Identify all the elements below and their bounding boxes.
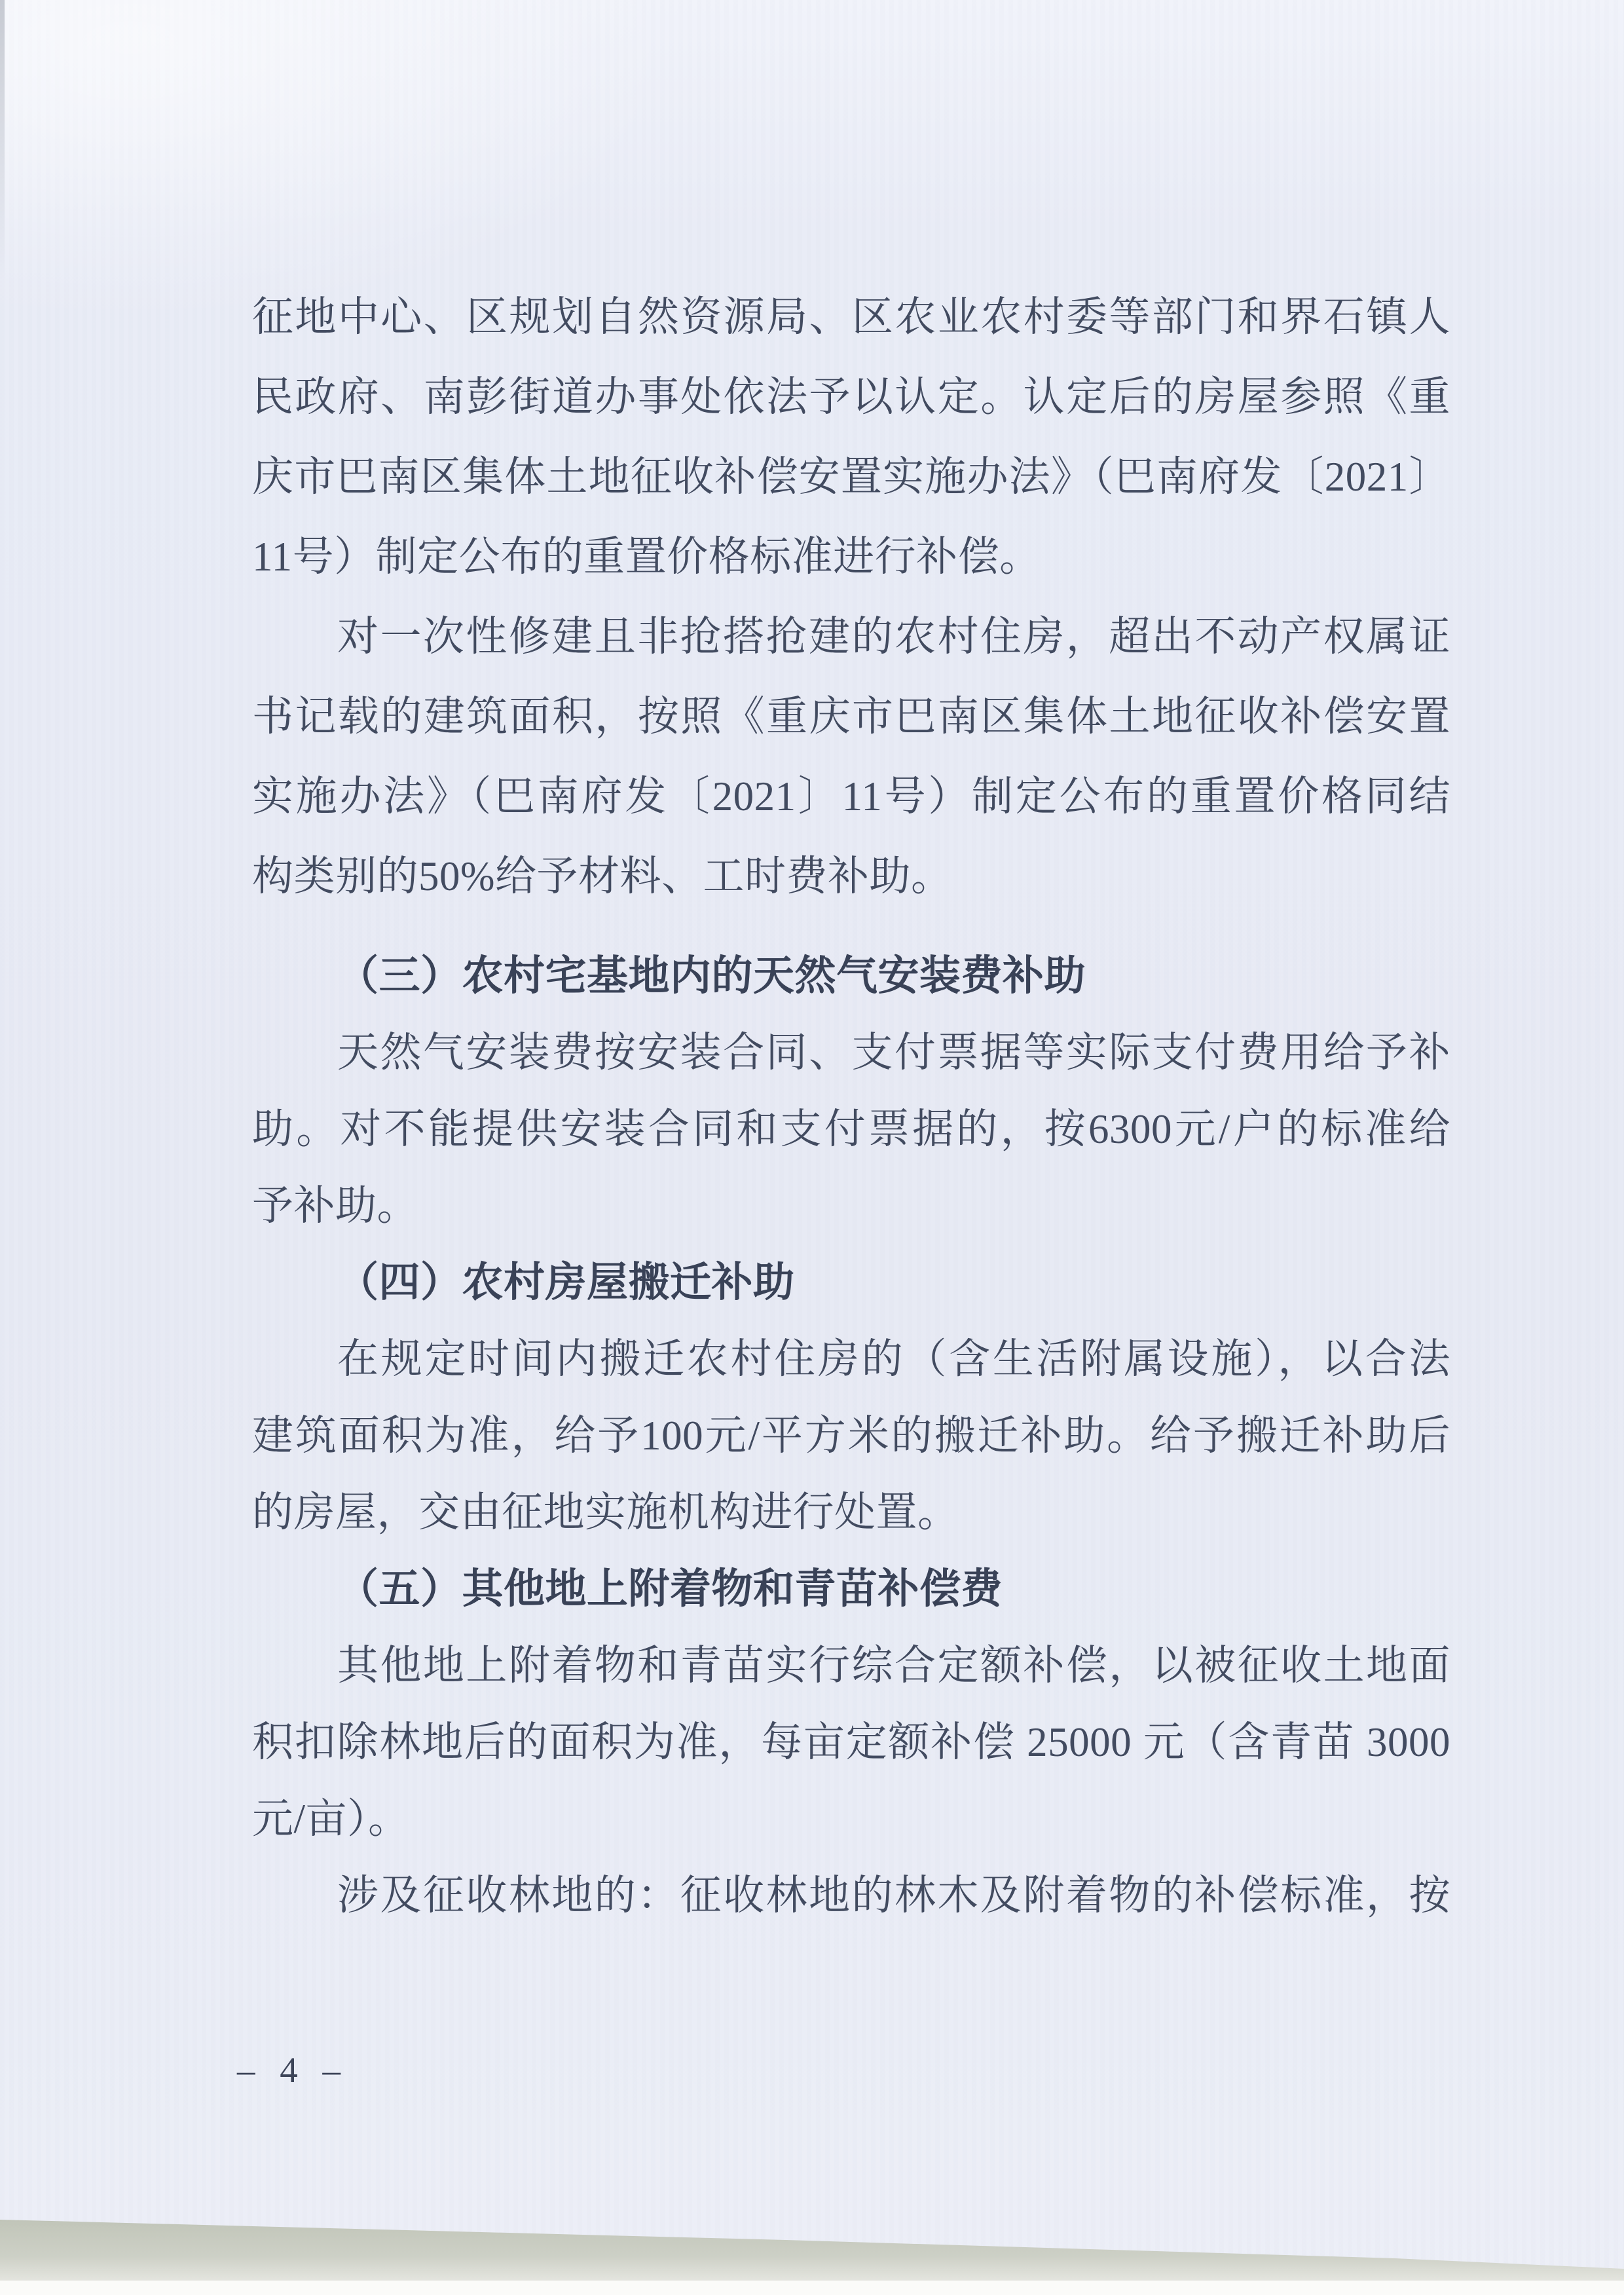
- body-line: 天然气安装费按安装合同、支付票据等实际支付费用给予补: [252, 1015, 1450, 1091]
- body-line: 11号）制定公布的重置价格标准进行补偿。: [252, 517, 1450, 597]
- body-line: 实施办法》（巴南府发〔2021〕11号）制定公布的重置价格同结: [252, 756, 1450, 836]
- body-line: 予补助。: [252, 1168, 1450, 1244]
- body-line: 征地中心、区规划自然资源局、区农业农村委等部门和界石镇人: [252, 277, 1450, 357]
- section-heading-3: （三）农村宅基地内的天然气安装费补助: [252, 938, 1450, 1015]
- body-line: 积扣除林地后的面积为准，每亩定额补偿 25000 元（含青苗 3000: [252, 1704, 1450, 1781]
- body-line: 助。对不能提供安装合同和支付票据的，按6300元/户的标准给: [252, 1091, 1450, 1168]
- body-line: 构类别的50%给予材料、工时费补助。: [252, 836, 1450, 916]
- section-heading-5: （五）其他地上附着物和青苗补偿费: [252, 1551, 1450, 1628]
- body-line: 对一次性修建且非抢搭抢建的农村住房，超出不动产权属证: [252, 597, 1450, 677]
- body-line: 在规定时间内搬迁农村住房的（含生活附属设施），以合法: [252, 1321, 1450, 1398]
- body-line: 涉及征收林地的：征收林地的林木及附着物的补偿标准，按: [252, 1857, 1450, 1934]
- body-line: 其他地上附着物和青苗实行综合定额补偿，以被征收土地面: [252, 1628, 1450, 1704]
- document-body: 征地中心、区规划自然资源局、区农业农村委等部门和界石镇人 民政府、南彭街道办事处…: [252, 277, 1450, 1934]
- body-line: 的房屋，交由征地实施机构进行处置。: [252, 1474, 1450, 1551]
- section-heading-4: （四）农村房屋搬迁补助: [252, 1244, 1450, 1321]
- page-number: – 4 –: [237, 2047, 348, 2093]
- scan-edge-shadow: [0, 0, 5, 282]
- body-line: 庆市巴南区集体土地征收补偿安置实施办法》（巴南府发〔2021〕: [252, 437, 1450, 517]
- scanned-page: 征地中心、区规划自然资源局、区农业农村委等部门和界石镇人 民政府、南彭街道办事处…: [0, 0, 1624, 2295]
- paper-sheet: 征地中心、区规划自然资源局、区农业农村委等部门和界石镇人 民政府、南彭街道办事处…: [0, 0, 1624, 2295]
- body-line: 书记载的建筑面积，按照《重庆市巴南区集体土地征收补偿安置: [252, 677, 1450, 756]
- body-line: 民政府、南彭街道办事处依法予以认定。认定后的房屋参照《重: [252, 357, 1450, 437]
- body-line: 元/亩）。: [252, 1781, 1450, 1857]
- body-line: 建筑面积为准，给予100元/平方米的搬迁补助。给予搬迁补助后: [252, 1398, 1450, 1474]
